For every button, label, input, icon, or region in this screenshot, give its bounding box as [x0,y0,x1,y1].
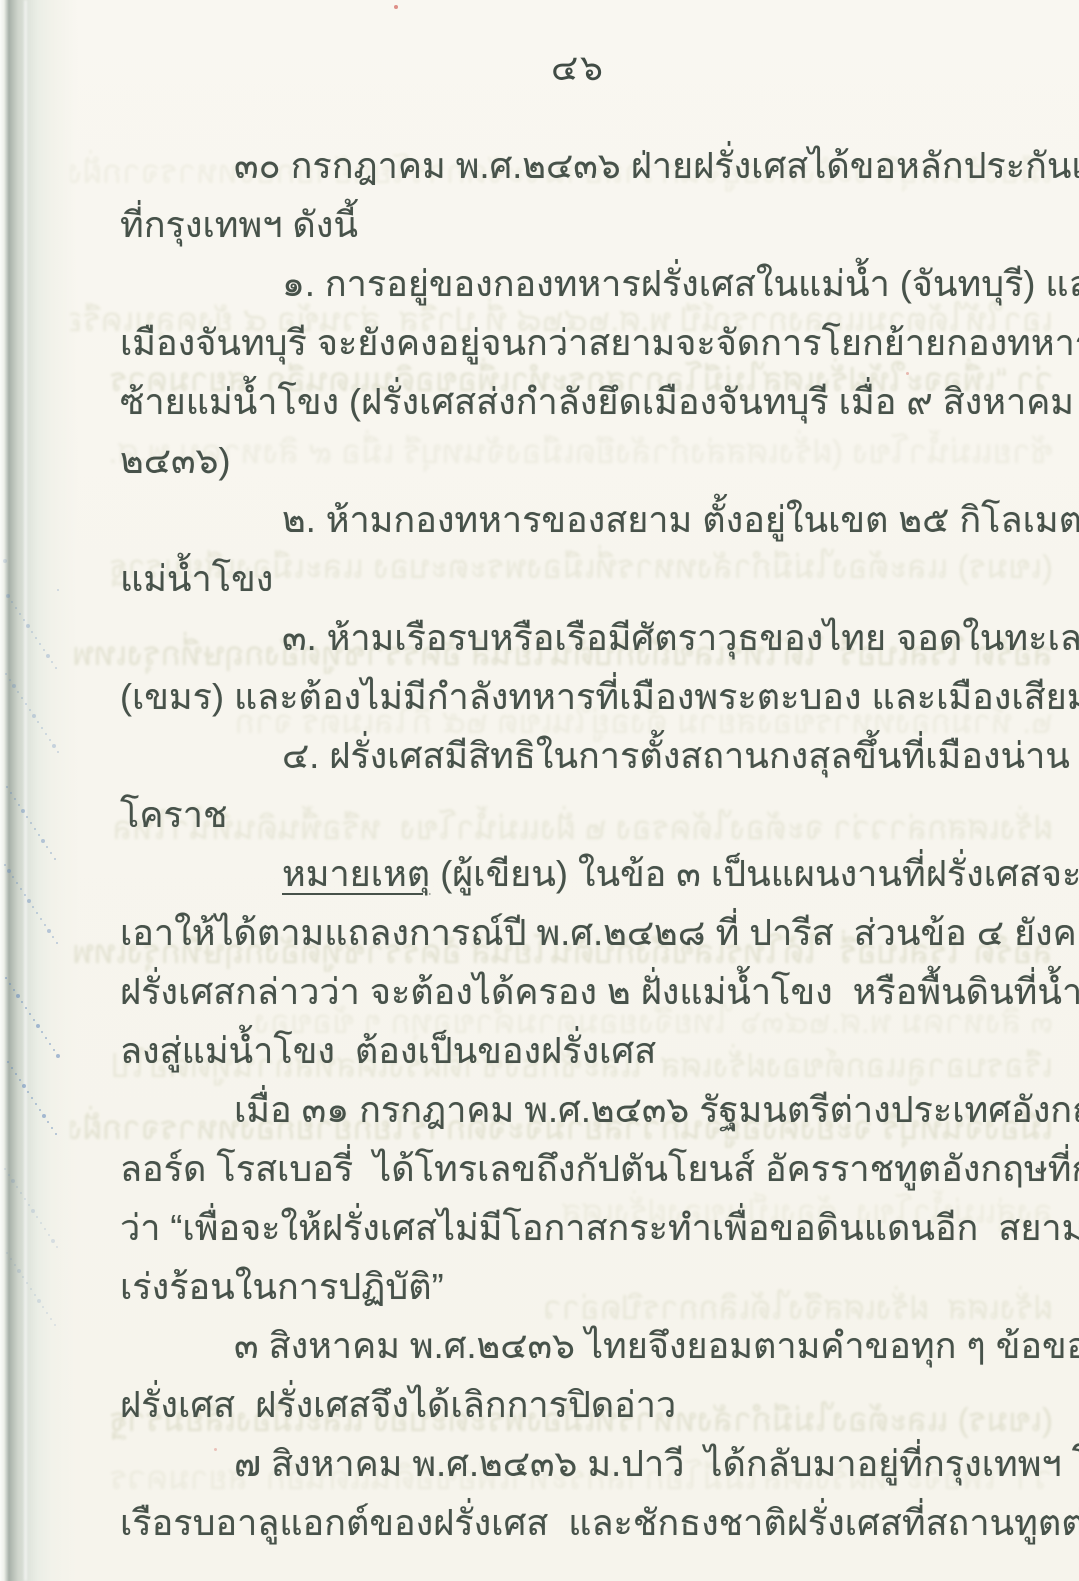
text-line: ที่กรุงเทพฯ ดังนี้ [120,195,1036,254]
page-number: ๔๖ [120,42,1036,94]
text-line: เมื่อ ๓๑ กรกฎาคม พ.ศ.๒๔๓๖ รัฐมนตรีต่างปร… [120,1080,1036,1139]
text-line: เร่งร้อนในการปฏิบัติ” [120,1257,1036,1316]
text-line: ฝรั่งเศส ฝรั่งเศสจึงได้เลิกการปิดอ่าว [120,1375,1036,1434]
paragraph: เมื่อ ๓๑ กรกฎาคม พ.ศ.๒๔๓๖ รัฐมนตรีต่างปร… [120,1080,1036,1316]
text-line: ๓๐ กรกฎาคม พ.ศ.๒๔๓๖ ฝ่ายฝรั่งเศสได้ขอหลั… [120,136,1036,195]
text-line: (เขมร) และต้องไม่มีกำลังทหารที่เมืองพระต… [120,667,1036,726]
paragraph: ๒. ห้ามกองทหารของสยาม ตั้งอยู่ในเขต ๒๕ ก… [120,490,1036,608]
text-line: ซ้ายแม่น้ำโขง (ฝรั่งเศสส่งกำลังยึดเมืองจ… [120,372,1036,431]
text-line: เอาให้ได้ตามแถลงการณ์ปี พ.ศ.๒๔๒๘ ที่ ปาร… [120,903,1036,962]
underlined-note-label: หมายเหตุ [282,853,430,894]
paragraph: หมายเหตุ (ผู้เขียน) ในข้อ ๓ เป็นแผนงานที… [120,844,1036,1080]
paragraph: ๗ สิงหาคม พ.ศ.๒๔๓๖ ม.ปาวี ได้กลับมาอยู่ท… [120,1434,1036,1552]
text-line: เรือรบอาลูแอกต์ของฝรั่งเศส และชักธงชาติฝ… [120,1493,1036,1552]
text-line: ๓ สิงหาคม พ.ศ.๒๔๓๖ ไทยจึงยอมตามคำขอทุก ๆ… [120,1316,1036,1375]
text-line: แม่น้ำโขง [120,549,1036,608]
page-body: ๓๐ กรกฎาคม พ.ศ.๒๔๓๖ ฝ่ายฝรั่งเศสได้ขอหลั… [120,136,1036,1552]
paragraph: ๓๐ กรกฎาคม พ.ศ.๒๔๓๖ ฝ่ายฝรั่งเศสได้ขอหลั… [120,136,1036,254]
text-line: ลงสู่แม่น้ำโขง ต้องเป็นของฝรั่งเศส [120,1021,1036,1080]
text-line: ๔. ฝรั่งเศสมีสิทธิในการตั้งสถานกงสุลขึ้น… [120,726,1036,785]
text-line: เมืองจันทบุรี จะยังคงอยู่จนกว่าสยามจะจัด… [120,313,1036,372]
text-line: หมายเหตุ (ผู้เขียน) ในข้อ ๓ เป็นแผนงานที… [120,844,1036,903]
text-line: ๒๔๓๖) [120,431,1036,490]
scanned-book-page: เมืองจันทบุรี จะยังคงอยู่จนกว่าสยามจะจัด… [0,0,1079,1581]
text-line: โคราช [120,785,1036,844]
text-line: ๓. ห้ามเรือรบหรือเรือมีศัตราวุธของไทย จอ… [120,608,1036,667]
paragraph: ๑. การอยู่ของกองทหารฝรั่งเศสในแม่น้ำ (จั… [120,254,1036,490]
page-content: ๔๖ ๓๐ กรกฎาคม พ.ศ.๒๔๓๖ ฝ่ายฝรั่งเศสได้ขอ… [0,0,1079,1581]
paragraph: ๔. ฝรั่งเศสมีสิทธิในการตั้งสถานกงสุลขึ้น… [120,726,1036,844]
paragraph: ๓. ห้ามเรือรบหรือเรือมีศัตราวุธของไทย จอ… [120,608,1036,726]
paragraph: ๓ สิงหาคม พ.ศ.๒๔๓๖ ไทยจึงยอมตามคำขอทุก ๆ… [120,1316,1036,1434]
text-line: ๗ สิงหาคม พ.ศ.๒๔๓๖ ม.ปาวี ได้กลับมาอยู่ท… [120,1434,1036,1493]
text-line: ๒. ห้ามกองทหารของสยาม ตั้งอยู่ในเขต ๒๕ ก… [120,490,1036,549]
text-line: ว่า “เพื่อจะให้ฝรั่งเศสไม่มีโอกาสกระทำเพ… [120,1198,1036,1257]
text-line: ฝรั่งเศสกล่าวว่า จะต้องได้ครอง ๒ ฝั่งแม่… [120,962,1036,1021]
text-line: ลอร์ด โรสเบอรี่ ได้โทรเลขถึงกัปตันโยนส์ … [120,1139,1036,1198]
text-line: ๑. การอยู่ของกองทหารฝรั่งเศสในแม่น้ำ (จั… [120,254,1036,313]
